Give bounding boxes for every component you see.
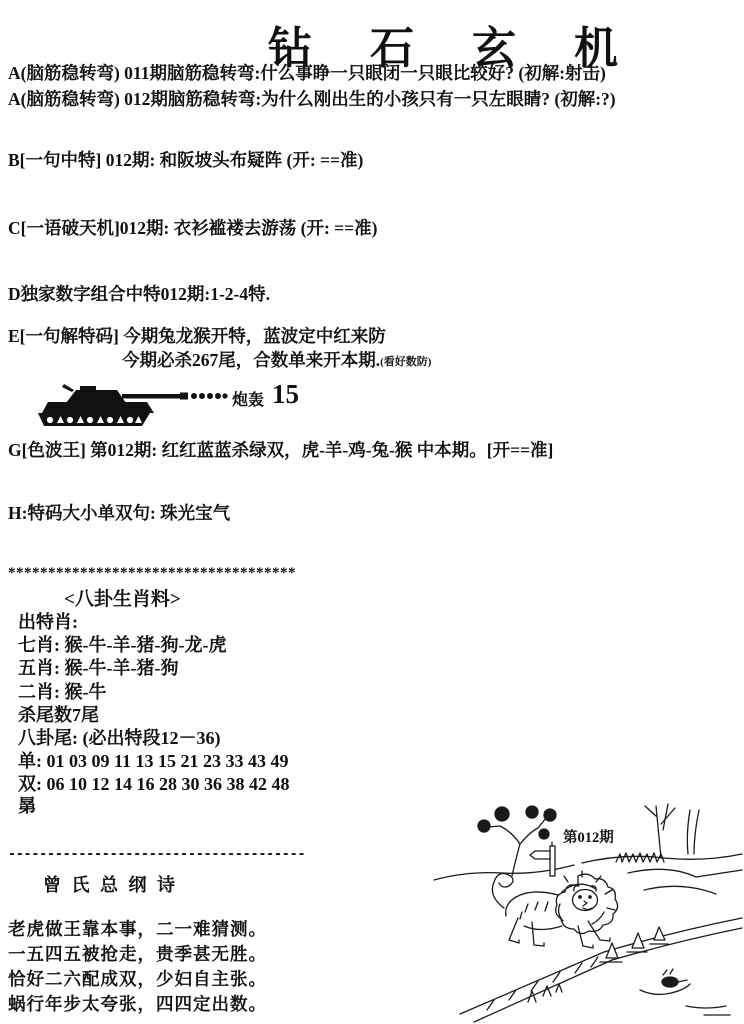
lion-illustration: 第012期 <box>432 800 744 1024</box>
tip-line-d: D独家数字组合中特012期:1-2-4特. <box>8 281 270 306</box>
illustration-issue-label: 第012期 <box>563 826 614 847</box>
dashed-divider: -------------------------------------- <box>8 847 305 862</box>
star-divider: ************************************ <box>8 565 296 582</box>
cannon-label: 炮轰 <box>232 387 264 410</box>
tip-line-c: C[一语破天机]012期: 衣衫褴褛去游荡 (开: ==准) <box>8 215 377 240</box>
poem-line: 恰好二六配成双，少妇自主张。 <box>8 966 267 991</box>
riddle-line-012: A(脑筋稳转弯) 012期脑筋稳转弯:为什么刚出生的小孩只有一只左眼睛? (初解… <box>8 86 616 111</box>
tip-line-e2: 今期必杀267尾，合数单来开本期.(看好数防) <box>122 347 431 372</box>
tip-line-e2-note: (看好数防) <box>380 356 431 368</box>
poem-line: 一五四五被抢走，贵季甚无胜。 <box>8 941 267 966</box>
cannon-number: 15 <box>272 379 299 410</box>
bagua-row-wuxiao: 五肖: 猴-牛-羊-猪-狗 <box>18 654 178 680</box>
tip-line-e1: E[一句解特码] 今期兔龙猴开特，蓝波定中红来防 <box>8 323 386 348</box>
riddle-line-011: A(脑筋稳转弯) 011期脑筋稳转弯:什么事睁一只眼闭一只眼比较好? (初解:射… <box>8 60 606 85</box>
bagua-header: <八卦生肖料> <box>64 584 181 611</box>
tip-line-b: B[一句中特] 012期: 和阪坡头布疑阵 (开: ==准) <box>8 147 363 172</box>
tip-line-h: H:特码大小单双句: 珠光宝气 <box>8 500 230 525</box>
poem-line: 老虎做王靠本事，二一难猜测。 <box>8 916 267 941</box>
tip-sheet-page: 钻石玄机 A(脑筋稳转弯) 011期脑筋稳转弯:什么事睁一只眼闭一只眼比较好? … <box>0 0 744 1024</box>
poem-line: 蜗行年步太夸张，四四定出数。 <box>8 991 267 1016</box>
tank-illustration <box>28 381 228 429</box>
bagua-row-even-numbers: 双: 06 10 12 14 16 28 30 36 38 42 48 <box>18 770 290 796</box>
tip-line-g: G[色波王] 第012期: 红红蓝蓝杀绿双，虎-羊-鸡-兔-猴 中本期。[开==… <box>8 437 553 462</box>
tip-line-e2-text: 今期必杀267尾，合数单来开本期. <box>122 350 380 370</box>
poem-title: 曾 氏 总 纲 诗 <box>43 871 178 897</box>
tank-icon <box>28 381 228 429</box>
bagua-row-tail-glyph: 晜 <box>18 792 36 818</box>
